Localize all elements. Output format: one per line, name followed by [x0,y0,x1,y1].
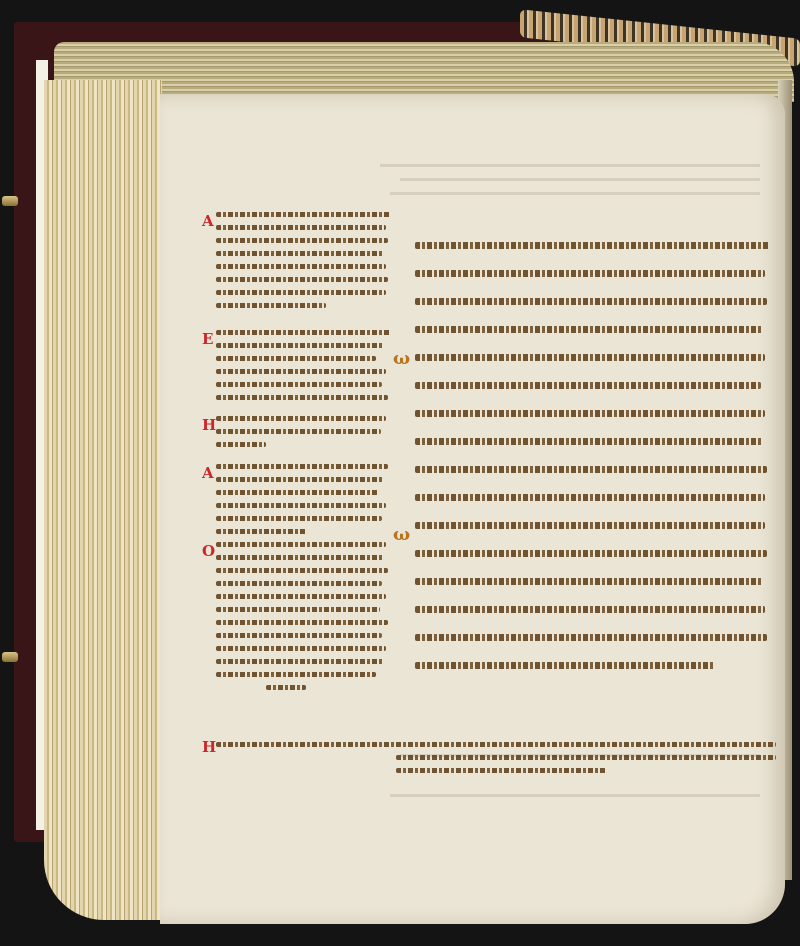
rubric-initial: H [202,416,216,434]
footer-scholion: H [216,742,776,781]
scholia-block: O [216,542,391,698]
clasp-pin [2,196,18,206]
scholia-column: A [216,212,391,316]
page-fore-edges [44,80,162,920]
rubric-initial: E [202,330,213,348]
rubric-initial: H [202,738,216,756]
rubric-initial: A [202,212,214,230]
manuscript-page: A E H A O ω ω H [160,94,785,924]
scholia-block: H [216,416,391,455]
scholia-block: A [216,464,391,542]
page-top-edges [54,42,794,102]
decorated-initial: ω [393,524,410,545]
decorated-initial: ω [393,348,410,369]
rubric-initial: A [202,464,214,482]
scholia-block: E [216,330,391,408]
rubric-initial: O [202,542,215,560]
main-text-column: ω ω [415,242,770,690]
clasp-pin [2,652,18,662]
